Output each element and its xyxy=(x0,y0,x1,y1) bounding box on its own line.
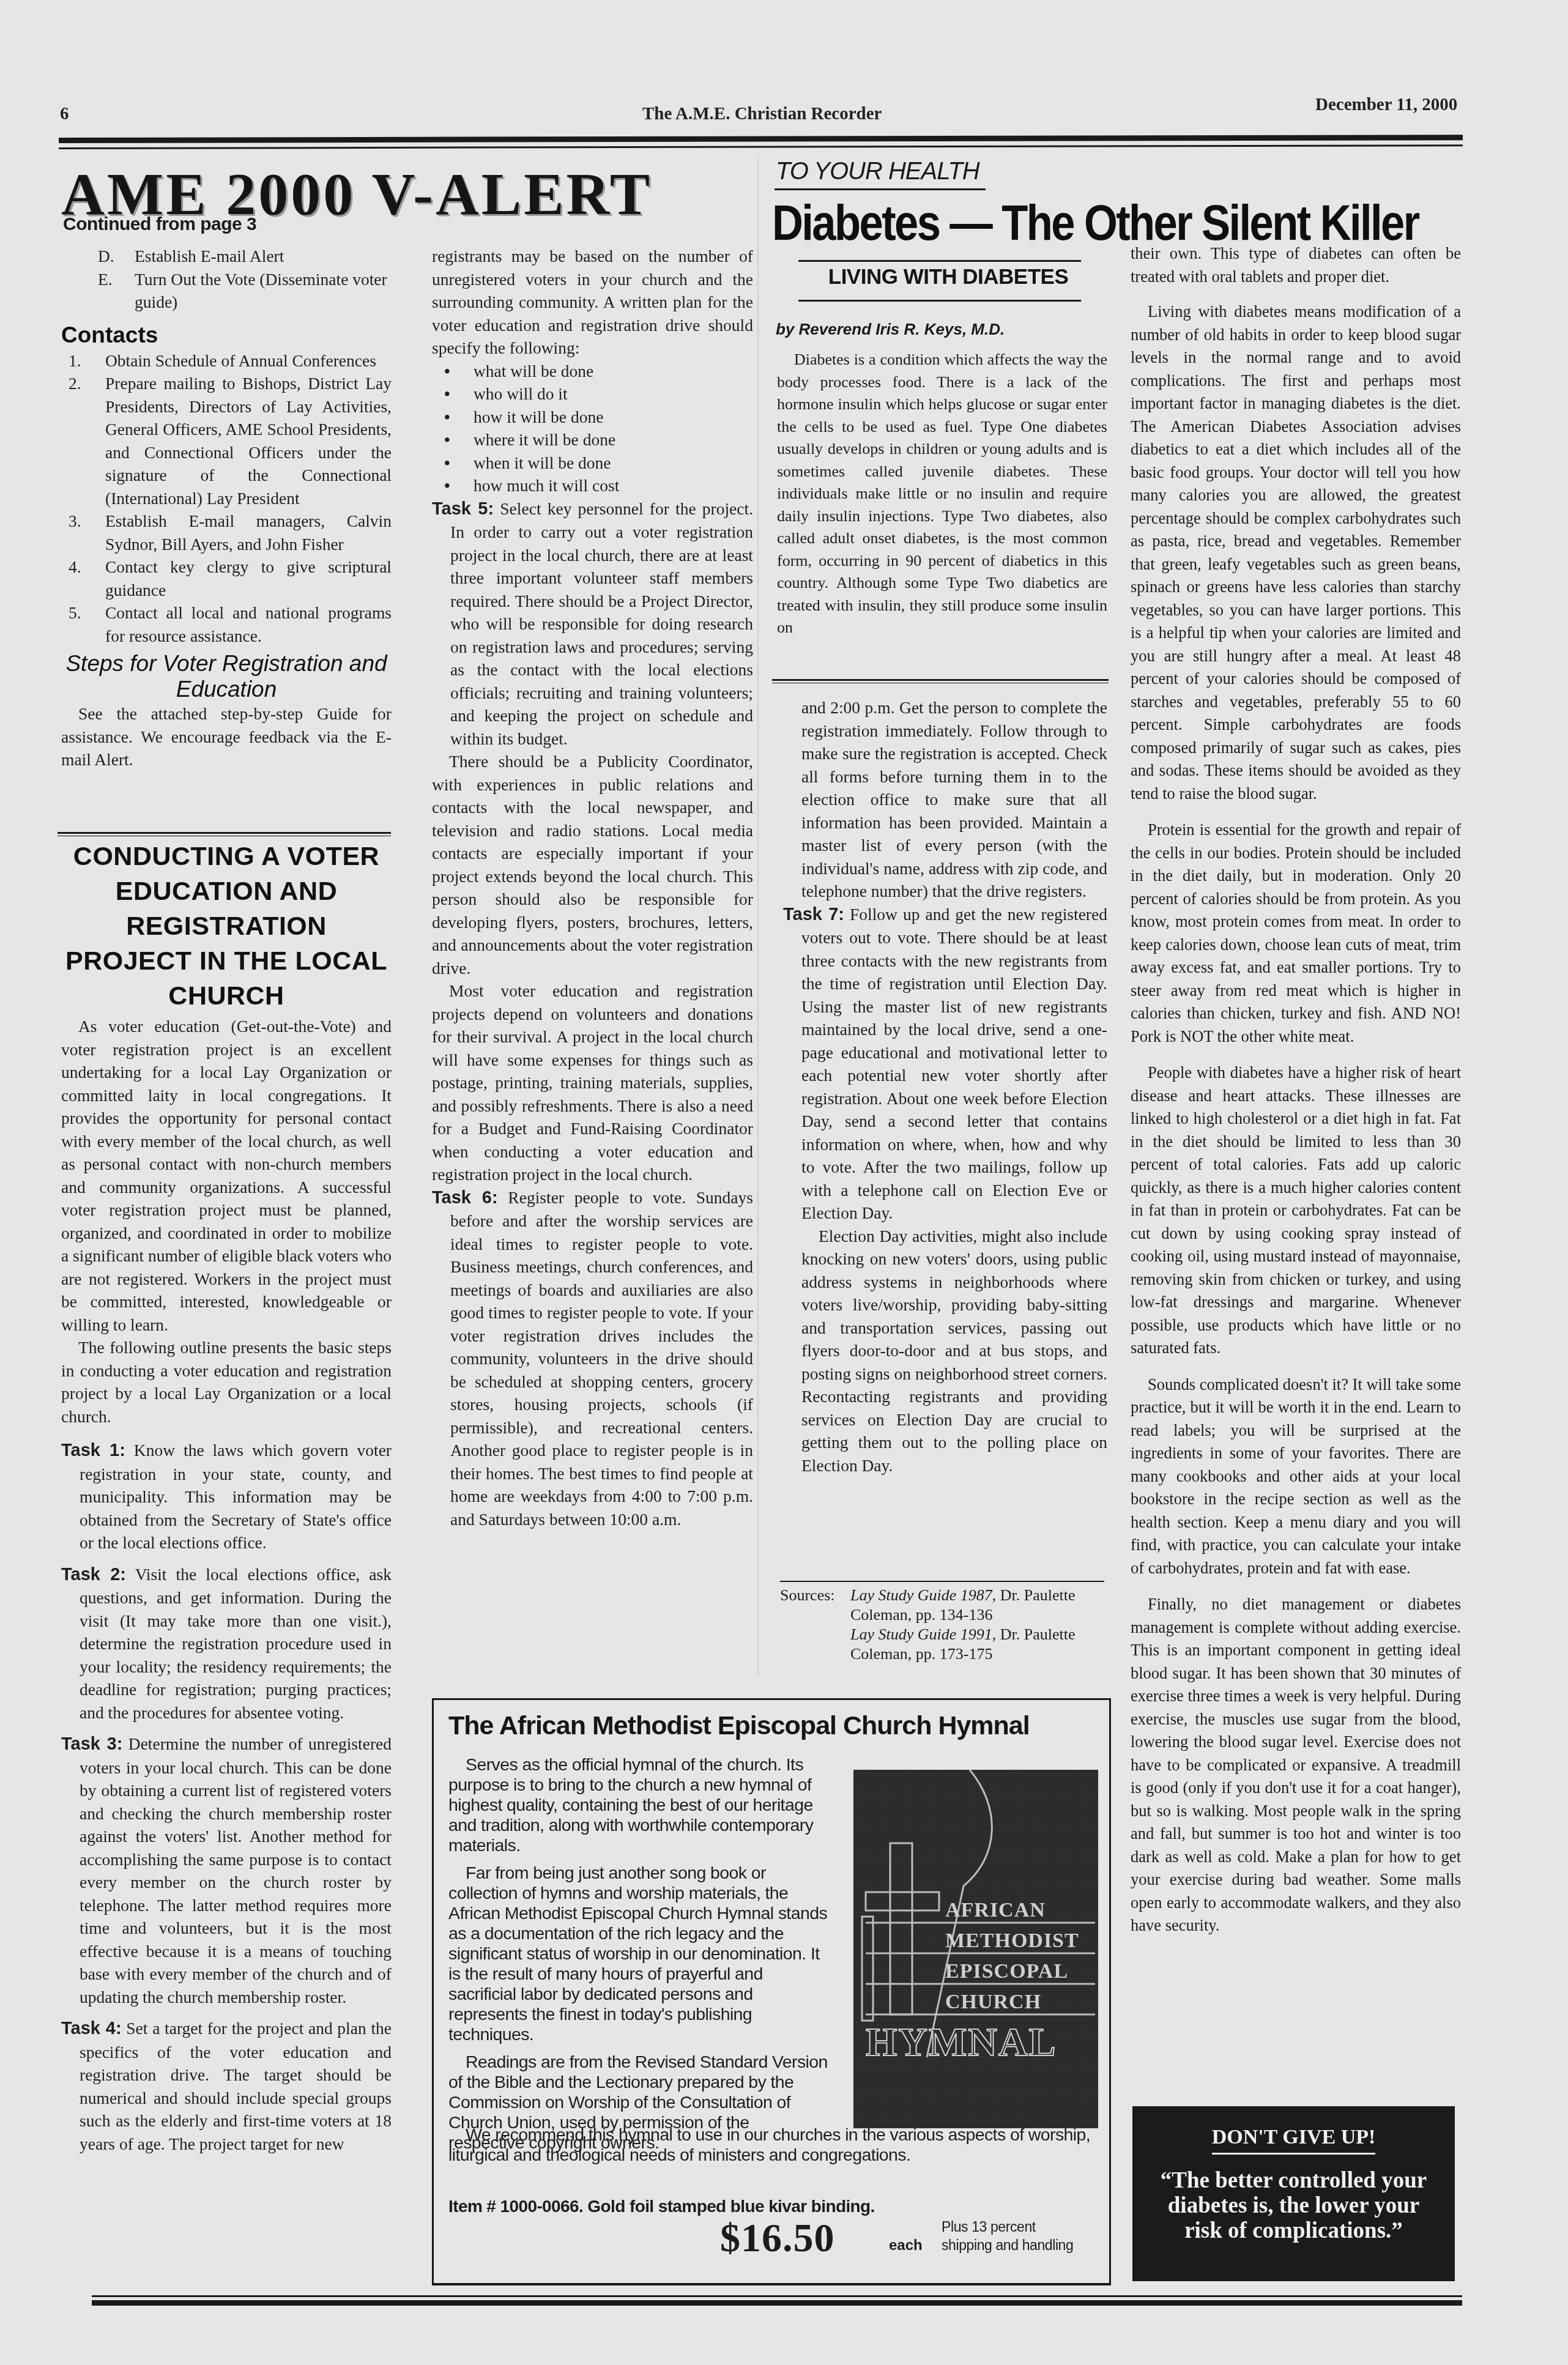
list-item: 5.Contact all local and national program… xyxy=(69,601,392,647)
diabetes-paragraph: People with diabetes have a higher risk … xyxy=(1131,1061,1461,1360)
source-title: Lay Study Guide 1991 xyxy=(850,1625,992,1643)
bullet-icon: • xyxy=(444,382,474,406)
callout-heading: DON'T GIVE UP! xyxy=(1212,2126,1376,2155)
cover-line: CHURCH xyxy=(945,1987,1079,2018)
list-text: Contact all local and national programs … xyxy=(105,601,392,647)
continued-note: Continued from page 3 xyxy=(63,214,256,235)
issue-date: December 11, 2000 xyxy=(1315,95,1457,115)
task-text: Know the laws which govern voter registr… xyxy=(80,1441,392,1552)
callout-dont-give-up: DON'T GIVE UP! “The better controlled yo… xyxy=(1132,2106,1455,2281)
shipping-note: Plus 13 percent shipping and handling xyxy=(942,2218,1088,2254)
bullet-item: •what will be done xyxy=(444,360,753,383)
hymnal-advertisement: The African Methodist Episcopal Church H… xyxy=(432,1698,1111,2285)
sources-label-spacer xyxy=(780,1625,850,1664)
steps-text: See the attached step-by-step Guide for … xyxy=(61,702,392,771)
column-3-divider xyxy=(772,683,1109,683)
footer-rule-thin xyxy=(92,2295,1462,2297)
diabetes-paragraph: Sounds complicated doesn't it? It will t… xyxy=(1131,1373,1461,1580)
section-rule-top xyxy=(798,260,1081,262)
callout-quote: “The better controlled your diabetes is,… xyxy=(1132,2168,1455,2243)
task-text: Visit the local elections office, ask qu… xyxy=(80,1565,392,1722)
diabetes-paragraph: Finally, no diet management or diabetes … xyxy=(1131,1593,1461,1937)
cover-line: METHODIST xyxy=(945,1926,1079,1956)
hymnal-recommendation: We recommend this hymnal to use in our c… xyxy=(448,2125,1091,2166)
task-1: Task 1: Know the laws which govern voter… xyxy=(61,1439,392,1554)
conducting-intro: As voter education (Get-out-the-Vote) an… xyxy=(61,1015,392,1336)
source-text: Lay Study Guide 1987, Dr. Paulette Colem… xyxy=(850,1586,1104,1625)
header-rule-thick xyxy=(59,135,1463,143)
list-item: E.Turn Out the Vote (Disseminate voter g… xyxy=(61,268,392,314)
diabetes-intro: Diabetes is a condition which affects th… xyxy=(777,349,1107,639)
task-label: Task 1: xyxy=(61,1441,125,1460)
bullet-text: where it will be done xyxy=(474,428,615,451)
publication-name: The A.M.E. Christian Recorder xyxy=(642,104,882,124)
source-entry: Sources: Lay Study Guide 1987, Dr. Paule… xyxy=(780,1586,1104,1625)
diabetes-paragraph: Protein is essential for the growth and … xyxy=(1131,819,1461,1048)
byline: by Reverend Iris R. Keys, M.D. xyxy=(776,320,1005,339)
page-number: 6 xyxy=(60,104,69,124)
section-heading-living: LIVING WITH DIABETES xyxy=(798,265,1098,289)
task-6-continued: and 2:00 p.m. Get the person to complete… xyxy=(783,696,1107,903)
list-text: Prepare mailing to Bishops, District Lay… xyxy=(105,372,392,510)
task-2: Task 2: Visit the local elections office… xyxy=(61,1563,392,1725)
diabetes-paragraph: Living with diabetes means modification … xyxy=(1131,300,1461,805)
conducting-outline: The following outline presents the basic… xyxy=(61,1336,392,1428)
task-label: Task 2: xyxy=(61,1565,126,1584)
bullet-item: •where it will be done xyxy=(444,428,753,451)
column-3-divider xyxy=(772,679,1109,681)
column-1: D.Establish E-mail Alert E.Turn Out the … xyxy=(61,245,392,771)
list-item: 2.Prepare mailing to Bishops, District L… xyxy=(69,372,392,510)
list-marker: 1. xyxy=(69,349,105,373)
list-marker: 3. xyxy=(69,510,105,555)
budget-paragraph: Most voter education and registration pr… xyxy=(432,979,753,1186)
bullet-item: •who will do it xyxy=(444,382,753,406)
cover-text: AFRICAN METHODIST EPISCOPAL CHURCH xyxy=(945,1895,1079,2018)
bullet-item: •when it will be done xyxy=(444,451,753,475)
steps-heading: Steps for Voter Registration and Educati… xyxy=(61,651,392,702)
list-text: Obtain Schedule of Annual Conferences xyxy=(105,349,392,373)
column-divider xyxy=(757,158,759,1675)
bullet-icon: • xyxy=(444,451,474,475)
list-item: 1.Obtain Schedule of Annual Conferences xyxy=(69,349,392,373)
task-label: Task 6: xyxy=(432,1188,498,1208)
conducting-heading: CONDUCTING A VOTER EDUCATION AND REGISTR… xyxy=(61,839,392,1014)
alpha-list: D.Establish E-mail Alert E.Turn Out the … xyxy=(61,245,392,314)
bullet-text: how it will be done xyxy=(474,406,603,429)
publicity-paragraph: There should be a Publicity Coordinator,… xyxy=(432,750,753,979)
list-text: Contact key clergy to give scriptural gu… xyxy=(105,555,392,601)
header-rule-thin xyxy=(59,144,1463,149)
list-marker: 5. xyxy=(69,601,105,647)
hymnal-paragraph: We recommend this hymnal to use in our c… xyxy=(448,2125,1091,2166)
footer-rule-thick xyxy=(92,2300,1462,2306)
column-2: registrants may be based on the number o… xyxy=(432,245,753,1531)
hymnal-paragraph: Serves as the official hymnal of the chu… xyxy=(448,1755,828,1856)
plan-bullets: •what will be done •who will do it •how … xyxy=(444,360,753,497)
list-item: 4.Contact key clergy to give scriptural … xyxy=(69,555,392,601)
task-label: Task 5: xyxy=(432,499,494,519)
bullet-icon: • xyxy=(444,474,474,497)
source-text: Lay Study Guide 1991, Dr. Paulette Colem… xyxy=(850,1625,1104,1664)
task-label: Task 3: xyxy=(61,1734,122,1754)
task-label: Task 4: xyxy=(61,2019,122,2038)
section-divider xyxy=(58,832,391,834)
price: $16.50 xyxy=(720,2215,835,2262)
bullet-text: how much it will cost xyxy=(474,474,619,497)
bullet-text: what will be done xyxy=(474,360,593,383)
list-marker: 2. xyxy=(69,372,105,510)
sources-label: Sources: xyxy=(780,1586,850,1625)
bullet-item: •how it will be done xyxy=(444,406,753,429)
list-text: Turn Out the Vote (Disseminate voter gui… xyxy=(135,268,392,314)
hymnal-title: The African Methodist Episcopal Church H… xyxy=(448,1711,1030,1741)
section-rule-bottom xyxy=(798,300,1081,302)
hymnal-description: Serves as the official hymnal of the chu… xyxy=(448,1755,828,2161)
column-1-lower: CONDUCTING A VOTER EDUCATION AND REGISTR… xyxy=(61,839,392,2155)
column-3: and 2:00 p.m. Get the person to complete… xyxy=(783,696,1107,1477)
bullet-icon: • xyxy=(444,406,474,429)
sources-divider xyxy=(780,1581,1104,1582)
task-text: Register people to vote. Sundays before … xyxy=(450,1188,753,1529)
task-4: Task 4: Set a target for the project and… xyxy=(61,2017,392,2155)
newspaper-page: 6 The A.M.E. Christian Recorder December… xyxy=(0,0,1568,2365)
hymnal-paragraph: Far from being just another song book or… xyxy=(448,1863,828,2045)
cover-line: AFRICAN xyxy=(945,1895,1079,1926)
bullet-icon: • xyxy=(444,428,474,451)
list-marker: E. xyxy=(98,268,135,314)
list-text: Establish E-mail managers, Calvin Sydnor… xyxy=(105,510,392,555)
price-unit: each xyxy=(889,2237,923,2254)
sources: Sources: Lay Study Guide 1987, Dr. Paule… xyxy=(780,1586,1104,1664)
task-5: Task 5: Select key personnel for the pro… xyxy=(421,497,753,751)
source-entry: Lay Study Guide 1991, Dr. Paulette Colem… xyxy=(780,1625,1104,1664)
contacts-list: 1.Obtain Schedule of Annual Conferences … xyxy=(69,349,392,648)
task-label: Task 7: xyxy=(783,905,844,924)
bullet-item: •how much it will cost xyxy=(444,474,753,497)
cover-title: HYMNAL xyxy=(866,2019,1057,2066)
task-text: Determine the number of unregistered vot… xyxy=(80,1734,392,2007)
election-day-paragraph: Election Day activities, might also incl… xyxy=(783,1225,1107,1477)
task-6: Task 6: Register people to vote. Sundays… xyxy=(421,1186,753,1531)
kicker-underline xyxy=(775,188,986,190)
diabetes-intro-continued: their own. This type of diabetes can oft… xyxy=(1131,242,1461,288)
section-divider xyxy=(58,836,391,836)
bullet-text: when it will be done xyxy=(474,451,611,475)
source-title: Lay Study Guide 1987 xyxy=(850,1586,992,1604)
task-text: Select key personnel for the project. In… xyxy=(450,499,753,748)
list-marker: D. xyxy=(98,245,135,268)
bullet-icon: • xyxy=(444,360,474,383)
task-7: Task 7: Follow up and get the new regist… xyxy=(783,903,1107,1225)
column-4: their own. This type of diabetes can oft… xyxy=(1131,242,1461,1951)
list-text: Establish E-mail Alert xyxy=(135,245,392,268)
list-marker: 4. xyxy=(69,555,105,601)
cover-line: EPISCOPAL xyxy=(945,1956,1079,1987)
section-kicker: TO YOUR HEALTH xyxy=(776,158,979,185)
contacts-heading: Contacts xyxy=(61,321,392,349)
task-text: Follow up and get the new registered vot… xyxy=(801,905,1107,1223)
list-item: D.Establish E-mail Alert xyxy=(61,245,392,268)
task-text: Set a target for the project and plan th… xyxy=(80,2019,392,2153)
task-3: Task 3: Determine the number of unregist… xyxy=(61,1732,392,2008)
item-number: Item # 1000-0066. Gold foil stamped blue… xyxy=(448,2197,875,2216)
task-4-continued: registrants may be based on the number o… xyxy=(432,245,753,360)
bullet-text: who will do it xyxy=(474,382,568,406)
list-item: 3.Establish E-mail managers, Calvin Sydn… xyxy=(69,510,392,555)
hymnal-cover-image: AFRICAN METHODIST EPISCOPAL CHURCH HYMNA… xyxy=(853,1770,1098,2128)
